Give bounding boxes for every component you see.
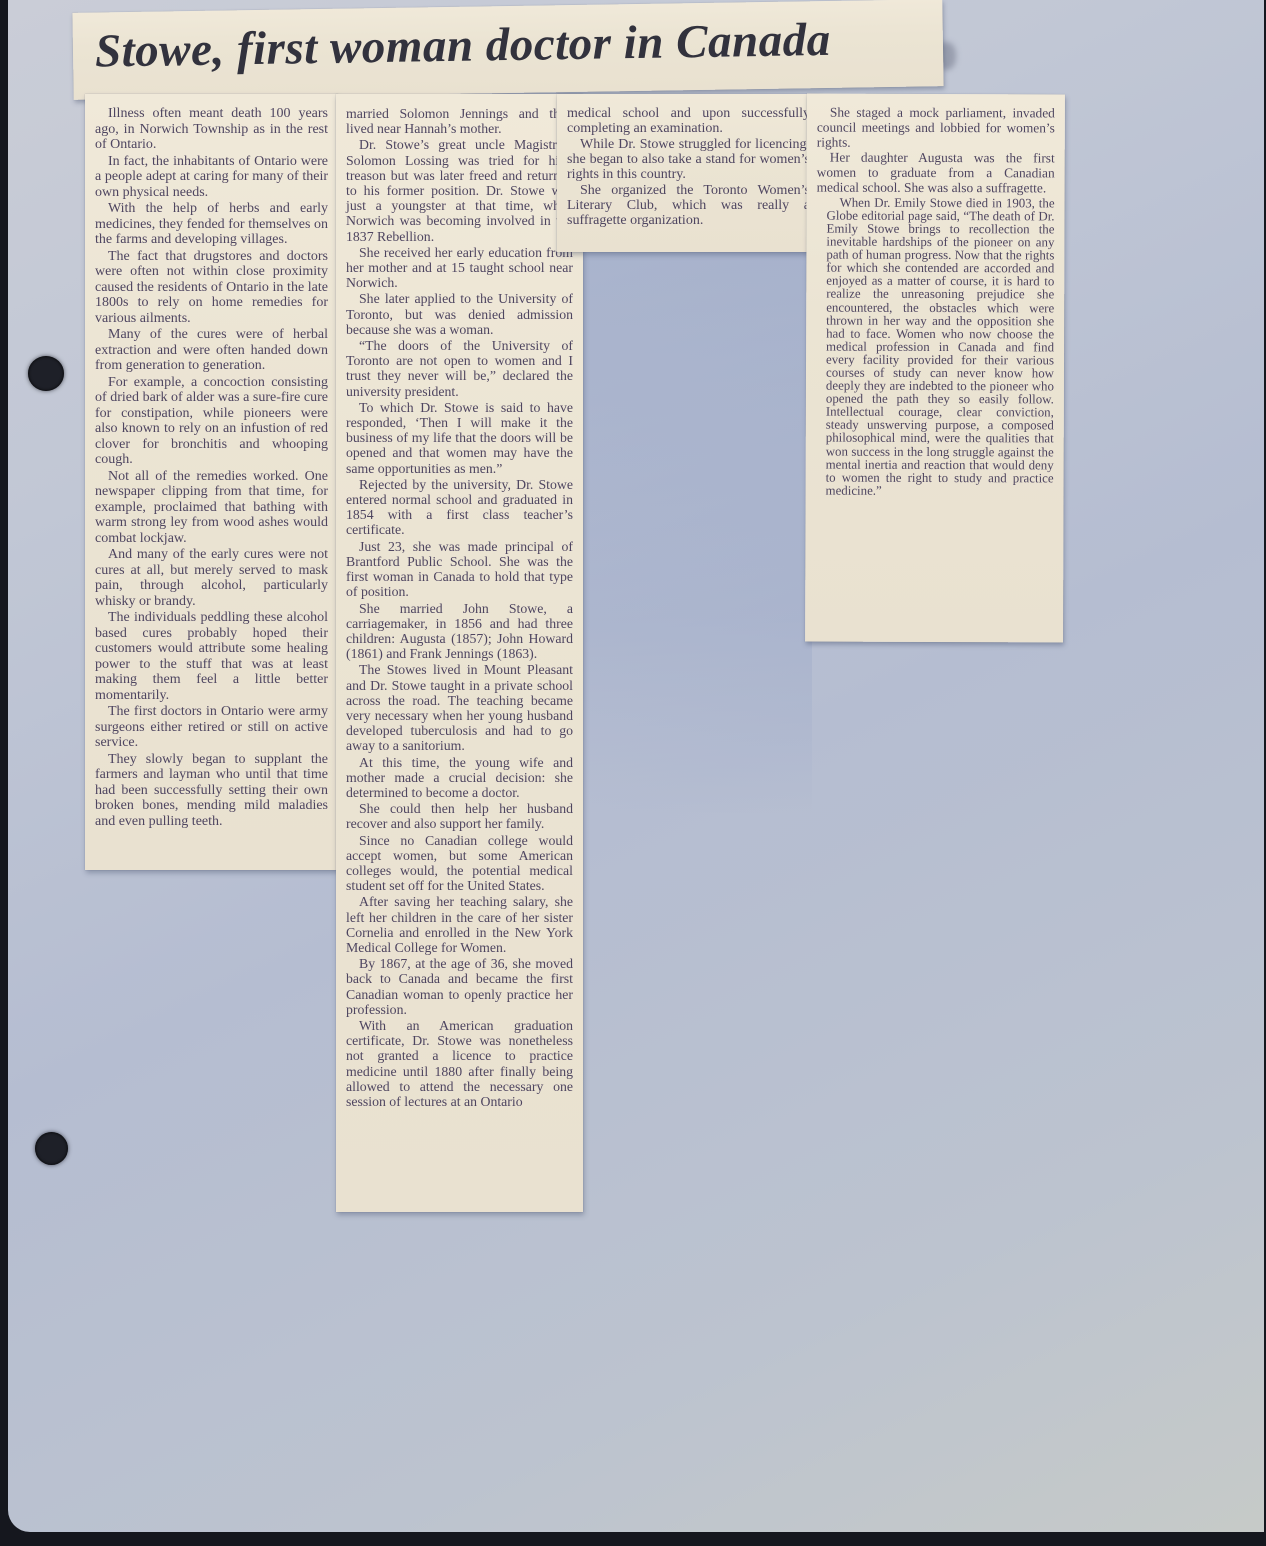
article-paragraph: “The doors of the University of Toronto … <box>346 338 573 399</box>
article-paragraph: She staged a mock parliament, invaded co… <box>817 106 1055 151</box>
article-paragraph: married Solomon Jennings and they lived … <box>346 106 573 136</box>
article-paragraph: The fact that drugstores and doctors wer… <box>95 249 328 327</box>
article-paragraph: By 1867, at the age of 36, she moved bac… <box>346 956 573 1017</box>
article-paragraph: She could then help her husband recover … <box>346 801 573 831</box>
headline-clipping: Stowe, first woman doctor in Canada <box>72 0 943 100</box>
article-headline: Stowe, first woman doctor in Canada <box>95 11 944 78</box>
article-paragraph: She organized the Toronto Women’s Litera… <box>567 183 810 228</box>
scrapbook-page: Stowe, first woman doctor in Canada Illn… <box>8 0 1264 1532</box>
article-paragraph: Many of the cures were of herbal extract… <box>95 327 328 374</box>
article-paragraph: She later applied to the University of T… <box>346 291 573 337</box>
article-paragraph: With an American graduation certificate,… <box>346 1018 573 1109</box>
editorial-quote-paragraph: When Dr. Emily Stowe died in 1903, the G… <box>816 196 1055 498</box>
article-paragraph: At this time, the young wife and mother … <box>346 755 573 801</box>
article-paragraph: In fact, the inhabitants of Ontario were… <box>95 154 328 201</box>
punch-hole-icon <box>28 356 64 391</box>
article-column-4-clipping: She staged a mock parliament, invaded co… <box>805 94 1065 643</box>
article-paragraph: After saving her teaching salary, she le… <box>346 894 573 955</box>
article-paragraph: medical school and upon successfully com… <box>567 106 810 136</box>
article-paragraph: She received her early education from he… <box>346 245 573 291</box>
article-paragraph: Dr. Stowe’s great uncle Magistrate Solom… <box>346 137 573 243</box>
article-paragraph: For example, a concoction consisting of … <box>95 375 328 468</box>
article-column-2-clipping: married Solomon Jennings and they lived … <box>336 94 583 1212</box>
article-paragraph: The Stowes lived in Mount Pleasant and D… <box>346 662 573 753</box>
article-paragraph: Her daughter Augusta was the first women… <box>817 151 1055 196</box>
article-paragraph: The individuals peddling these alcohol b… <box>95 610 328 703</box>
article-paragraph: While Dr. Stowe struggled for licencing,… <box>567 137 810 182</box>
glue-discoloration-mark <box>562 250 812 815</box>
article-paragraph: Just 23, she was made principal of Brant… <box>346 539 573 600</box>
article-column-3-clipping: medical school and upon successfully com… <box>557 94 820 252</box>
punch-hole-icon <box>35 1132 68 1165</box>
article-paragraph: Not all of the remedies worked. One news… <box>95 469 328 547</box>
article-paragraph: Illness often meant death 100 years ago,… <box>95 106 328 153</box>
article-paragraph: They slowly began to supplant the farmer… <box>95 752 328 830</box>
article-paragraph: And many of the early cures were not cur… <box>95 547 328 609</box>
article-paragraph: Rejected by the university, Dr. Stowe en… <box>346 477 573 538</box>
article-column-1-clipping: Illness often meant death 100 years ago,… <box>85 94 338 870</box>
article-paragraph: To which Dr. Stowe is said to have respo… <box>346 400 573 476</box>
scanned-scrapbook-page: Stowe, first woman doctor in Canada Illn… <box>0 0 1266 1546</box>
article-paragraph: With the help of herbs and early medicin… <box>95 201 328 248</box>
article-paragraph: She married John Stowe, a carriagemaker,… <box>346 601 573 662</box>
article-paragraph: The first doctors in Ontario were army s… <box>95 704 328 751</box>
article-paragraph: Since no Canadian college would accept w… <box>346 833 573 894</box>
